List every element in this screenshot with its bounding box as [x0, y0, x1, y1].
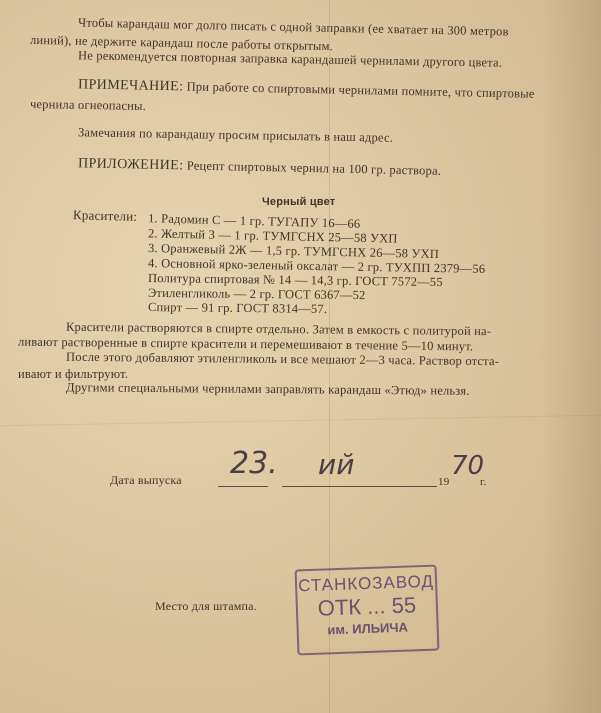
- day-underline: [218, 486, 268, 487]
- release-month-handwritten: ий: [318, 448, 354, 481]
- instructions-p2-line1: После этого добавляют этиленгликоль и вс…: [66, 350, 499, 370]
- note-line-1: ПРИМЕЧАНИЕ: При работе со спиртовыми чер…: [78, 77, 535, 103]
- document-page: Чтобы карандаш мог долго писать с одной …: [0, 0, 601, 713]
- month-underline: [282, 486, 437, 487]
- release-date-label: Дата выпуска: [110, 473, 182, 488]
- instructions-p3: Другими специальными чернилами заправлят…: [66, 380, 470, 399]
- factory-stamp: СТАНКОЗАВОД ОТК ... 55 им. ИЛЬИЧА: [295, 565, 440, 656]
- note-line-2: чернила огнеопасны.: [30, 97, 146, 114]
- paper-fold-horizontal: [0, 415, 601, 426]
- stamp-line-1: СТАНКОЗАВОД: [297, 573, 436, 595]
- year-prefix: 19: [438, 476, 449, 488]
- paper-shadow: [541, 0, 601, 713]
- appendix-label: ПРИЛОЖЕНИЕ:: [78, 156, 184, 173]
- year-unit: г.: [480, 476, 486, 488]
- recipe-item-7: Спирт — 91 гр. ГОСТ 8314—57.: [148, 300, 327, 317]
- dyes-label: Красители:: [73, 207, 138, 225]
- appendix-text: Рецепт спиртовых чернил на 100 гр. раств…: [187, 158, 442, 177]
- note-text-1: При работе со спиртовыми чернилами помни…: [187, 79, 535, 100]
- release-day-handwritten: 23.: [230, 446, 278, 481]
- stamp-line-3: им. ИЛЬИЧА: [298, 620, 436, 638]
- appendix-line: ПРИЛОЖЕНИЕ: Рецепт спиртовых чернил на 1…: [78, 156, 441, 180]
- intro-line-3: Не рекомендуется повторная заправка кара…: [78, 48, 502, 70]
- stamp-line-2: ОТК ... 55: [298, 594, 437, 621]
- note-label: ПРИМЕЧАНИЕ:: [78, 77, 184, 94]
- recipe-title: Черный цвет: [262, 196, 335, 208]
- stamp-place-label: Место для штампа.: [155, 599, 257, 614]
- feedback-text: Замечания по карандашу просим присылать …: [78, 125, 393, 145]
